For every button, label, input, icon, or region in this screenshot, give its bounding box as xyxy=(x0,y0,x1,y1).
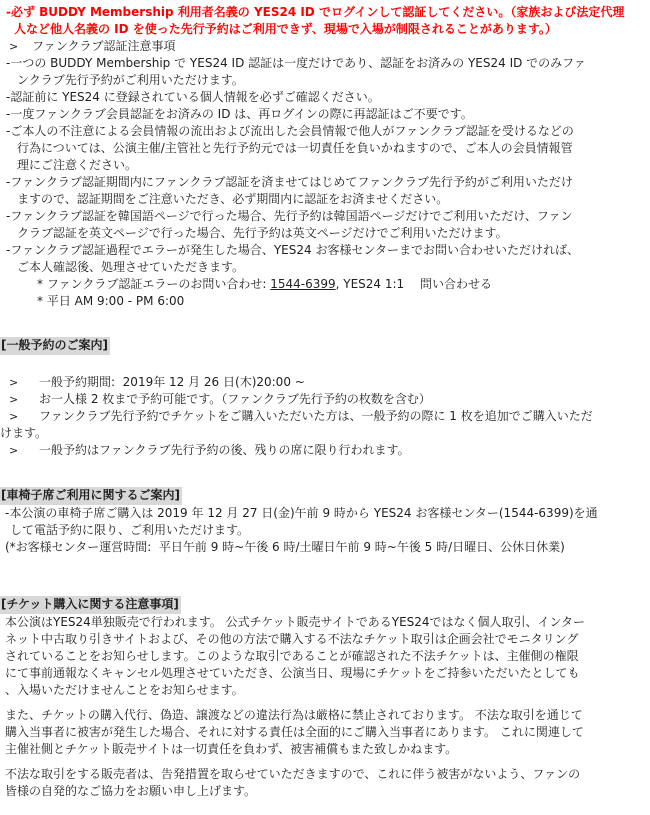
wheelchair-heading: [車椅子席ご利用に関するご案内] xyxy=(0,487,650,505)
purchase-paragraph-line: されていることをお知らせします。このような取引であることが確認された不法チケット… xyxy=(0,648,650,665)
contact-note-suffix: , YES24 1:1 問い合わせる xyxy=(336,277,492,291)
purchase-paragraph: また、チケットの購入代行、偽造、譲渡などの違法行為は厳格に禁止されております。 … xyxy=(0,707,650,758)
general-booking-heading-text: [一般予約のご案内] xyxy=(0,337,110,355)
fanclub-notice-line: ンクラブ先行予約がご利用いただけます。 xyxy=(0,72,650,89)
hours-note: * 平日 AM 9:00 - PM 6:00 xyxy=(0,293,650,310)
fanclub-notice-title: ファンクラブ認証注意事項 xyxy=(32,39,176,53)
warning-line: -必ず BUDDY Membership 利用者名義の YES24 ID でログ… xyxy=(0,4,650,21)
fanclub-notice-line: -ファンクラブ認証期間内にファンクラブ認証を済ませてはじめてファンクラブ先行予約… xyxy=(0,174,650,191)
fanclub-notice-line: 行為については、公演主催/主管社と先行予約元では一切責任を負いかねますので、ご本… xyxy=(0,140,650,157)
general-booking-item-text: ファンクラブ先行予約でチケットをご購入いただいた方は、一般予約の際に 1 枚を追… xyxy=(39,409,593,423)
purchase-heading-text: [チケット購入に関する注意事項] xyxy=(0,596,181,614)
fanclub-notice-line: 理にご注意ください。 xyxy=(0,157,650,174)
general-booking-item-text: お一人様 2 枚まで予約可能です。（ファンクラブ先行予約の枚数を含む） xyxy=(39,392,431,406)
general-booking-item-text: 一般予約はファンクラブ先行予約の後、残りの席に限り行われます。 xyxy=(39,443,410,457)
general-booking-item-text: 一般予約期間: 2019年 12 月 26 日(木)20:00 ~ xyxy=(39,375,305,389)
warning-line: 人など他人名義の ID を使った先行予約はご利用できず、現場で入場が制限されるこ… xyxy=(0,21,650,38)
wheelchair-line: して電話予約に限り、ご利用いただけます。 xyxy=(0,522,650,539)
contact-note: * ファンクラブ認証エラーのお問い合わせ: 1544-6399, YES24 1… xyxy=(0,276,650,293)
purchase-paragraph-line: にて事前通報なくキャンセル処理させていただき、公演当日、現場にチケットをご持参い… xyxy=(0,665,650,682)
purchase-paragraph-line: 、入場いただけませんことをお知らせます。 xyxy=(0,682,650,699)
fanclub-notice-line: -ご本人の不注意による会員情報の流出および流出した会員情報で他人がファンクラブ認… xyxy=(0,123,650,140)
purchase-heading: [チケット購入に関する注意事項] xyxy=(0,596,650,614)
wheelchair-line: (*お客様センター運営時間: 平日午前 9 時~午後 6 時/土曜日午前 9 時… xyxy=(0,539,650,556)
contact-note-prefix: * ファンクラブ認証エラーのお問い合わせ: xyxy=(37,277,270,291)
purchase-paragraph-line: 主催社側とチケット販売サイトは一切責任を負わず、被害補償もまた致しかねます。 xyxy=(0,741,650,758)
ticket-notice-document: -必ず BUDDY Membership 利用者名義の YES24 ID でログ… xyxy=(0,0,650,800)
arrow-bullet-icon: > xyxy=(9,408,39,425)
arrow-bullet-icon: > xyxy=(9,38,32,55)
general-booking-item: >お一人様 2 枚まで予約可能です。（ファンクラブ先行予約の枚数を含む） xyxy=(0,391,650,408)
fanclub-notice-title-row: >ファンクラブ認証注意事項 xyxy=(0,38,650,55)
general-booking-item: >一般予約はファンクラブ先行予約の後、残りの席に限り行われます。 xyxy=(0,442,650,459)
general-booking-heading: [一般予約のご案内] xyxy=(0,337,650,355)
general-booking-item: >一般予約期間: 2019年 12 月 26 日(木)20:00 ~ xyxy=(0,374,650,391)
purchase-paragraph: 不法な取引をする販売者は、告発措置を取らせていただきますので、これに伴う被害がな… xyxy=(0,766,650,800)
fanclub-notice-line: -認証前に YES24 に登録されている個人情報を必ずご確認ください。 xyxy=(0,89,650,106)
arrow-bullet-icon: > xyxy=(9,374,39,391)
purchase-paragraph-line: 皆様の自発的なご協力をお願い申し上げます。 xyxy=(0,783,650,800)
fanclub-notice-line: クラブ認証を英文ページで行った場合、先行予約は英文ページだけでご利用いただけます… xyxy=(0,225,650,242)
purchase-paragraph-line: 不法な取引をする販売者は、告発措置を取らせていただきますので、これに伴う被害がな… xyxy=(0,766,650,783)
fanclub-notice-line: ご本人確認後、処理させていただきます。 xyxy=(0,259,650,276)
purchase-paragraph-line: 本公演はYES24単独販売で行われます。 公式チケット販売サイトであるYES24… xyxy=(0,614,650,631)
fanclub-notice-line: ますので、認証期間をご注意いただき、必ず期間内に認証をお済ませください。 xyxy=(0,191,650,208)
fanclub-notice-line: -一度ファンクラブ会員認証をお済みの ID は、再ログインの際に再認証はご不要で… xyxy=(0,106,650,123)
wheelchair-line: -本公演の車椅子席ご購入は 2019 年 12 月 27 日(金)午前 9 時か… xyxy=(0,505,650,522)
purchase-paragraph-line: ネット中古取り引きサイトおよび、その他の方法で購入する不法なチケット取引は企画会… xyxy=(0,631,650,648)
wheelchair-heading-text: [車椅子席ご利用に関するご案内] xyxy=(0,487,182,505)
purchase-paragraph-line: また、チケットの購入代行、偽造、譲渡などの違法行為は厳格に禁止されております。 … xyxy=(0,707,650,724)
general-booking-item-wrap: けます。 xyxy=(0,425,650,442)
fanclub-notice-line: -一つの BUDDY Membership で YES24 ID 認証は一度だけ… xyxy=(0,55,650,72)
fanclub-notice-line: -ファンクラブ認証を韓国語ページで行った場合、先行予約は韓国語ページだけでご利用… xyxy=(0,208,650,225)
fanclub-notice-line: -ファンクラブ認証過程でエラーが発生した場合、YES24 お客様センターまでお問… xyxy=(0,242,650,259)
purchase-paragraph-line: 購入当事者に被害が発生した場合、それに対する責任は全面的にご購入当事者にあります… xyxy=(0,724,650,741)
general-booking-item: >ファンクラブ先行予約でチケットをご購入いただいた方は、一般予約の際に 1 枚を… xyxy=(0,408,650,425)
phone-link[interactable]: 1544-6399 xyxy=(270,277,335,291)
arrow-bullet-icon: > xyxy=(9,391,39,408)
arrow-bullet-icon: > xyxy=(9,442,39,459)
purchase-paragraph: 本公演はYES24単独販売で行われます。 公式チケット販売サイトであるYES24… xyxy=(0,614,650,699)
